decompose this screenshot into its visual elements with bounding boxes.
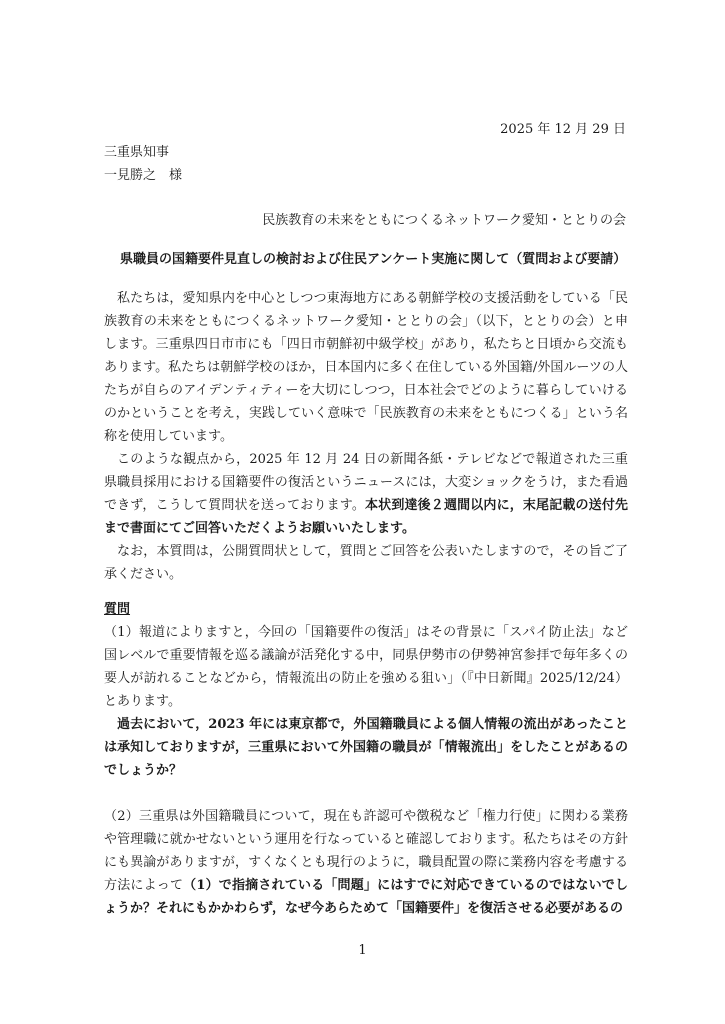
document-page: 2025 年 12 月 29 日 三重県知事 一見勝之 様 民族教育の未来をとも… xyxy=(0,0,725,1024)
addressee-name: 一見勝之 様 xyxy=(104,164,182,187)
questions-heading: 質問 xyxy=(104,598,130,621)
question-1: （1）報道によりますと，今回の「国籍要件の復活」はその背景に「スパイ防止法」など… xyxy=(104,621,628,713)
question-1-main: 過去において，2023 年には東京都で，外国籍職員による個人情報の流出があったこ… xyxy=(104,713,628,782)
letter-date: 2025 年 12 月 29 日 xyxy=(500,118,626,141)
sender-organization: 民族教育の未来をともにつくるネットワーク愛知・ととりの会 xyxy=(262,209,626,232)
addressee-title: 三重県知事 xyxy=(104,141,169,164)
intro-paragraph-3-text: なお，本質問は，公開質問状として，質問とご回答を公表いたしますので，その旨ご了承… xyxy=(104,540,628,586)
intro-paragraph-3: なお，本質問は，公開質問状として，質問とご回答を公表いたしますので，その旨ご了承… xyxy=(104,540,628,586)
question-1-bold: 過去において，2023 年には東京都で，外国籍職員による個人情報の流出があったこ… xyxy=(104,713,628,782)
letter-subject: 県職員の国籍要件見直しの検討および住民アンケート実施に関して（質問および要請） xyxy=(120,248,626,271)
intro-paragraph-1: 私たちは，愛知県内を中心としつつ東海地方にある朝鮮学校の支援活動をしている「民族… xyxy=(104,287,628,448)
question-2-bold: （1）で指摘されている「問題」にはすでに対応できているのではないでしょうか？それ… xyxy=(104,878,628,916)
question-1-context: （1）報道によりますと，今回の「国籍要件の復活」はその背景に「スパイ防止法」など… xyxy=(104,621,628,713)
question-2: （2）三重県は外国籍職員について，現在も許認可や徴税など「権力行使」に関わる業務… xyxy=(104,805,628,920)
page-number: 1 xyxy=(0,943,725,958)
intro-paragraph-1-text: 私たちは，愛知県内を中心としつつ東海地方にある朝鮮学校の支援活動をしている「民族… xyxy=(104,287,628,448)
intro-paragraph-2: このような観点から，2025 年 12 月 24 日の新聞各紙・テレビなどで報道… xyxy=(104,448,628,540)
